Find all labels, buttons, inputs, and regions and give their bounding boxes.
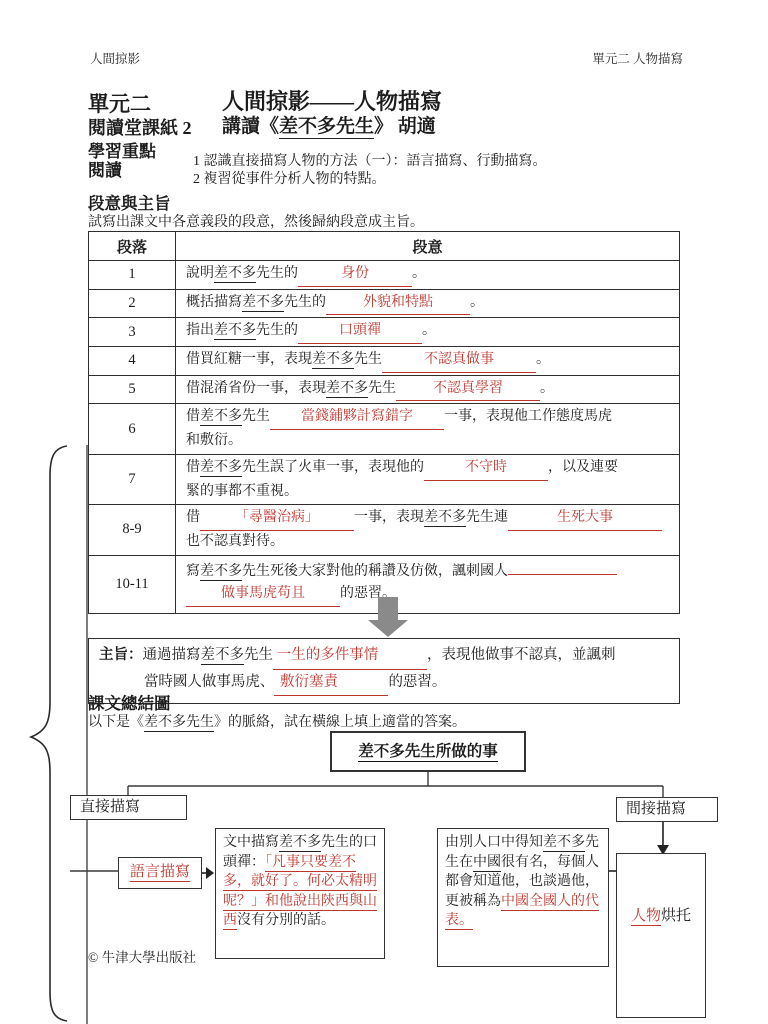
- text-segment: 差不多先生: [144, 715, 214, 732]
- para-meaning: 借差不多先生當錢鋪夥計寫錯字一事，表現他工作態度馬虎和敷衍。: [176, 404, 680, 454]
- text-segment: 。: [412, 266, 426, 281]
- table-row: 2 概括描寫差不多先生的外貌和特點。: [89, 289, 680, 318]
- para-meaning: 寫差不多先生死後大家對他的稱讚及仿傚，諷刺國人做事馬虎苟且的惡習。: [176, 555, 680, 613]
- running-header-left: 人間掠影: [90, 49, 140, 67]
- section-intro-summary: 以下是《差不多先生》的脈絡，試在橫線上填上適當的答案。: [88, 711, 466, 731]
- text-segment: 烘托: [661, 908, 691, 924]
- para-meaning: 指出差不多先生的口頭禪。: [176, 318, 680, 347]
- text-segment: 》的脈絡，試在橫線上填上適當的答案。: [214, 715, 466, 730]
- text-segment: 差不多: [312, 352, 354, 369]
- down-arrow-icon: [368, 597, 408, 637]
- meaning-table-body: 1 說明差不多先生的身份。 2 概括描寫差不多先生的外貌和特點。 3 指出差不多…: [89, 261, 680, 614]
- text-segment: 一事，表現他工作態度馬虎: [444, 409, 612, 424]
- section-intro-meaning: 試寫出課文中各意義段的段意，然後歸納段意成主旨。: [88, 211, 424, 231]
- para-number: 3: [89, 318, 176, 347]
- table-header-row: 段落 段意: [89, 232, 680, 261]
- text-segment: 差不多: [200, 460, 242, 477]
- text-segment: 說明: [186, 266, 214, 281]
- text-segment: 差不多: [279, 835, 321, 852]
- topic-body: 通過描寫差不多先生一生的多件事情，表現他做事不認真，並諷刺當時國人做事馬虎、敷衍…: [143, 647, 616, 690]
- text-segment: 敷衍塞責: [274, 670, 388, 697]
- text-segment: 借: [186, 409, 200, 424]
- text-segment: 身份: [298, 263, 412, 287]
- para-meaning: 說明差不多先生的身份。: [176, 261, 680, 290]
- text-segment: 先生死後大家對他的稱讚及仿傚，諷刺國人: [242, 564, 508, 579]
- text-segment: 。: [470, 295, 484, 310]
- text-segment: 先生誤了火車一事，表現他的: [242, 460, 424, 475]
- speech-detail-box: 文中描寫差不多先生的口頭禪：「凡事只要差不多，就好了。何必太精明呢？」和他說出陝…: [215, 828, 385, 959]
- text-segment: 差不多先生: [279, 116, 374, 139]
- text-segment: 不認真學習: [396, 378, 540, 402]
- para-number: 2: [89, 289, 176, 318]
- text-segment: 的惡習。: [388, 674, 446, 690]
- running-header-right: 單元二 人物描寫: [592, 49, 683, 67]
- text-segment: 先生連: [466, 510, 508, 525]
- text-segment: 口頭禪: [298, 320, 422, 344]
- text-segment: 差不多: [214, 323, 256, 340]
- left-brace: [31, 446, 67, 1021]
- text-segment: ，表現他做事不認真，並諷刺: [427, 647, 616, 663]
- text-segment: 差不多: [242, 295, 284, 312]
- text-segment: 先生: [244, 647, 273, 663]
- text-segment: 借: [186, 510, 200, 525]
- meaning-table: 段落 段意 1 說明差不多先生的身份。 2 概括描寫差不多先生的外貌和特點。 3…: [88, 231, 680, 614]
- text-segment: 文中描寫: [223, 835, 279, 850]
- text-segment: 中國: [473, 855, 501, 872]
- text-segment: 講讀《: [222, 116, 279, 137]
- worksheet-page: 人間掠影 單元二 人物描寫 單元二 人間掠影——人物描寫 閱讀堂課紙 2 講讀《…: [0, 0, 768, 1024]
- text-segment: 通過描寫: [143, 647, 201, 663]
- text-segment: 。: [540, 381, 554, 396]
- table-row: 1 說明差不多先生的身份。: [89, 261, 680, 290]
- text-segment: 先生: [242, 409, 270, 424]
- text-segment: 。: [536, 352, 550, 367]
- chart-root-box: 差不多先生所做的事: [330, 731, 526, 772]
- text-segment: 一事，表現: [354, 510, 424, 525]
- text-segment: 當錢鋪夥計寫錯字: [270, 406, 444, 430]
- objective-1: 1 認識直接描寫人物的方法（一）：語言描寫、行動描寫。: [193, 150, 547, 170]
- text-segment: 先生: [368, 381, 396, 396]
- indirect-description-box: 間接描寫: [616, 797, 718, 822]
- topic-box: 主旨：通過描寫差不多先生一生的多件事情，表現他做事不認真，並諷刺當時國人做事馬虎…: [88, 638, 680, 704]
- text-segment: [508, 573, 617, 575]
- text-segment: 和敷衍。: [186, 433, 242, 448]
- meaning-table-wrap: 段落 段意 1 說明差不多先生的身份。 2 概括描寫差不多先生的外貌和特點。 3…: [88, 231, 680, 614]
- text-segment: 人物: [631, 908, 661, 926]
- column-header-paragraph: 段落: [89, 232, 176, 261]
- down-arrow-shaft: [378, 597, 398, 620]
- speech-description-box: 語言描寫: [118, 857, 202, 889]
- column-header-meaning: 段意: [176, 232, 680, 261]
- text-segment: 不守時: [424, 457, 548, 481]
- text-segment: 不認真做事: [382, 349, 536, 373]
- table-row: 7 借差不多先生誤了火車一事，表現他的不守時，以及連要緊的事都不重視。: [89, 454, 680, 504]
- para-number: 4: [89, 347, 176, 376]
- text-segment: 做事馬虎苟且: [186, 583, 340, 607]
- text-segment: 指出: [186, 323, 214, 338]
- reading-label: 閱讀: [88, 156, 122, 181]
- para-meaning: 借買紅糖一事，表現差不多先生不認真做事。: [176, 347, 680, 376]
- publisher-copyright: © 牛津大學出版社: [88, 946, 196, 966]
- para-meaning: 借「尋醫治病」一事，表現差不多先生連生死大事也不認真對待。: [176, 505, 680, 555]
- character-foil-box: 人物烘托: [616, 853, 706, 1018]
- speech-description-label: 語言描寫: [130, 864, 190, 882]
- text-segment: 差不多: [200, 564, 242, 581]
- table-row: 4 借買紅糖一事，表現差不多先生不認真做事。: [89, 347, 680, 376]
- para-number: 7: [89, 454, 176, 504]
- para-meaning: 概括描寫差不多先生的外貌和特點。: [176, 289, 680, 318]
- foil-detail-box: 由別人口中得知差不多先生在中國很有名，每個人都會知道他，也談過他，更被稱為中國全…: [437, 828, 609, 967]
- tree-connector: [128, 772, 663, 797]
- para-number: 10-11: [89, 555, 176, 613]
- text-segment: 緊的事都不重視。: [186, 484, 298, 499]
- text-segment: 借混淆省份一事，表現: [186, 381, 326, 396]
- text-segment: 沒有分別的話。: [237, 913, 335, 928]
- table-row: 8-9 借「尋醫治病」一事，表現差不多先生連生死大事也不認真對待。: [89, 505, 680, 555]
- text-segment: 寫: [186, 564, 200, 579]
- text-segment: 差不多: [214, 266, 256, 283]
- text-segment: 當時國人做事馬虎、: [144, 674, 275, 690]
- text-segment: 差不多: [326, 381, 368, 398]
- para-meaning: 借差不多先生誤了火車一事，表現他的不守時，以及連要緊的事都不重視。: [176, 454, 680, 504]
- text-segment: 差不多: [200, 409, 242, 426]
- text-segment: 生死大事: [508, 507, 662, 531]
- text-segment: 外貌和特點: [326, 292, 470, 316]
- text-segment: 先生的: [284, 295, 326, 310]
- text-segment: 。: [422, 323, 436, 338]
- text-segment: 以下是《: [88, 715, 144, 730]
- chart-root-label: 差不多先生所做的事: [358, 743, 498, 762]
- para-number: 6: [89, 404, 176, 454]
- objective-2: 2 複習從事件分析人物的特點。: [193, 168, 386, 188]
- text-segment: 借: [186, 460, 200, 475]
- text-segment: 差不多: [543, 835, 585, 852]
- lesson-title: 講讀《差不多先生》 胡適: [222, 111, 436, 138]
- text-segment: 一生的多件事情: [273, 643, 427, 670]
- text-segment: 借買紅糖一事，表現: [186, 352, 312, 367]
- text-segment: 概括描寫: [186, 295, 242, 310]
- text-segment: 先生: [354, 352, 382, 367]
- text-segment: 差不多: [201, 647, 245, 665]
- table-row: 6 借差不多先生當錢鋪夥計寫錯字一事，表現他工作態度馬虎和敷衍。: [89, 404, 680, 454]
- direct-description-box: 直接描寫: [70, 795, 187, 820]
- table-row: 3 指出差不多先生的口頭禪。: [89, 318, 680, 347]
- speech-arrow-head: [206, 867, 214, 879]
- text-segment: ，以及連要: [548, 460, 618, 475]
- text-segment: 先生的: [256, 323, 298, 338]
- text-segment: 由別人口中得知: [445, 835, 543, 850]
- topic-label: 主旨：: [99, 647, 143, 663]
- para-meaning: 借混淆省份一事，表現差不多先生不認真學習。: [176, 375, 680, 404]
- para-number: 1: [89, 261, 176, 290]
- down-arrow-head: [368, 620, 408, 637]
- table-row: 5 借混淆省份一事，表現差不多先生不認真學習。: [89, 375, 680, 404]
- text-segment: 》 胡適: [374, 116, 436, 137]
- text-segment: 差不多: [424, 510, 466, 527]
- para-number: 8-9: [89, 505, 176, 555]
- topic-text: 主旨：通過描寫差不多先生一生的多件事情，表現他做事不認真，並諷刺當時國人做事馬虎…: [99, 643, 669, 696]
- para-number: 5: [89, 375, 176, 404]
- text-segment: 也不認真對待。: [186, 534, 284, 549]
- text-segment: 先生的: [256, 266, 298, 281]
- text-segment: 「尋醫治病」: [200, 507, 354, 531]
